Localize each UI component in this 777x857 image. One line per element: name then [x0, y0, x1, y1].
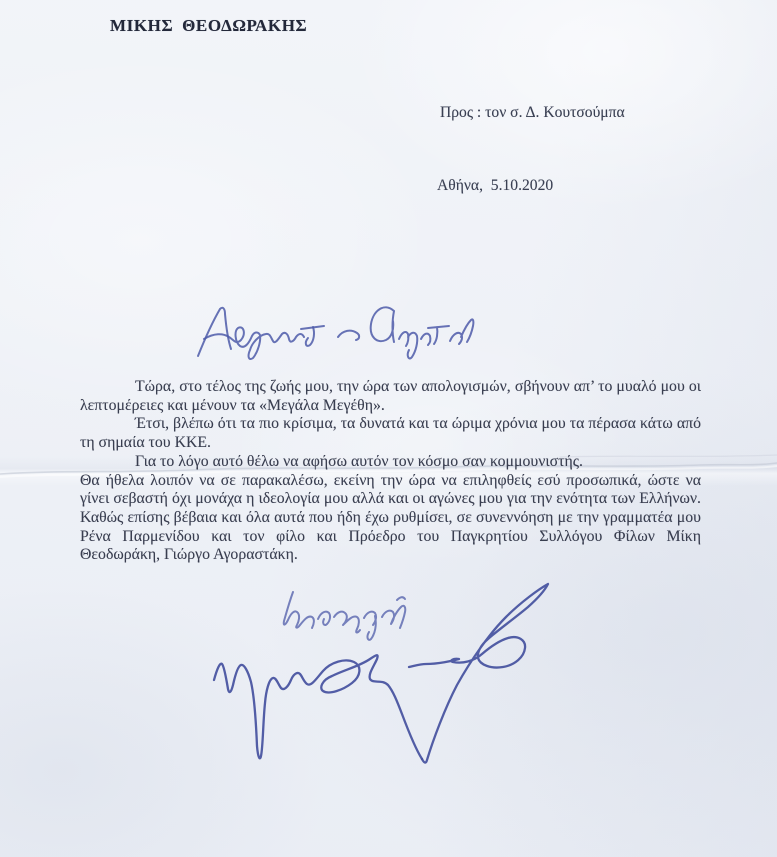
paragraph-4: Θα ήθελα λοιπόν να σε παρακαλέσω, εκείνη… — [80, 472, 701, 566]
scanned-letter-page: ΜΙΚΗΣ ΘΕΟΔΩΡΑΚΗΣ Προς : τον σ. Δ. Κουτσο… — [0, 0, 777, 857]
letter-body: Τώρα, στο τέλος της ζωής μου, την ώρα τω… — [80, 378, 701, 565]
paragraph-3: Για το λόγο αυτό θέλω να αφήσω αυτόν τον… — [80, 453, 701, 472]
paragraph-1: Τώρα, στο τέλος της ζωής μου, την ώρα τω… — [80, 378, 701, 415]
date-line: Αθήνα, 5.10.2020 — [437, 177, 553, 195]
recipient-line: Προς : τον σ. Δ. Κουτσούμπα — [440, 104, 625, 122]
sender-name: ΜΙΚΗΣ ΘΕΟΔΩΡΑΚΗΣ — [110, 16, 307, 36]
paragraph-2: Έτσι, βλέπω ότι τα πιο κρίσιμα, τα δυνατ… — [80, 415, 701, 452]
